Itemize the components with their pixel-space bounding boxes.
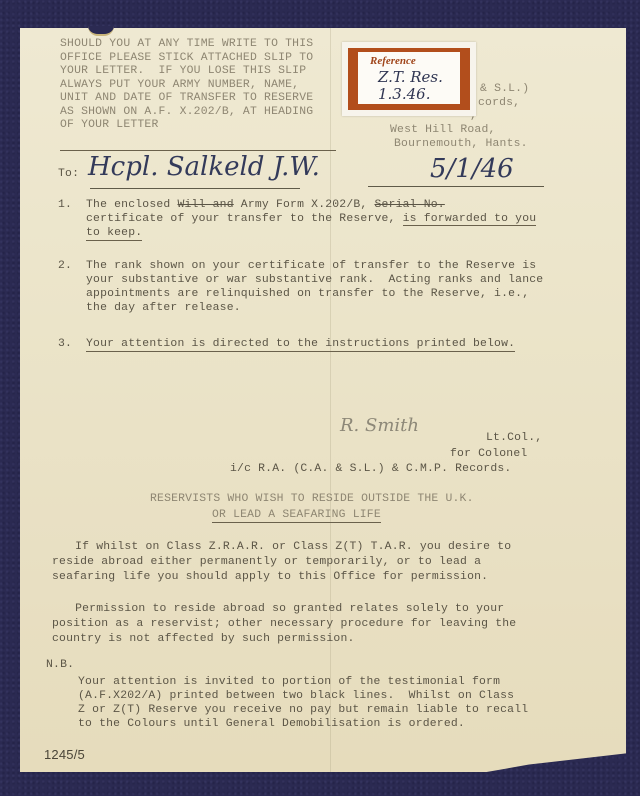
records-office: i/c R.A. (C.A. & S.L.) & C.M.P. Records.	[230, 463, 511, 476]
text: The enclosed	[86, 199, 177, 211]
paragraph-1-line-2: certificate of your transfer to the Rese…	[86, 213, 536, 226]
nb-label: N.B.	[46, 659, 74, 672]
recipient-underline	[90, 188, 300, 189]
signatory-rank: Lt.Col.,	[486, 432, 542, 445]
instruction-line: country is not affected by such permissi…	[52, 633, 355, 646]
reference-title: Reference	[370, 55, 416, 67]
reference-label-body: Reference Z.T. Res. 1.3.46.	[358, 52, 460, 104]
underlined-text: is forwarded to you	[403, 213, 537, 226]
document-paper	[20, 28, 626, 772]
slip-cut-line	[60, 150, 336, 151]
slip-line: SHOULD YOU AT ANY TIME WRITE TO THIS	[60, 38, 340, 52]
address-line: & S.L.)	[480, 83, 529, 96]
nb-line: Your attention is invited to portion of …	[78, 676, 500, 689]
instruction-line: reside abroad either permanently or temp…	[52, 556, 481, 569]
slip-line: OFFICE PLEASE STICK ATTACHED SLIP TO	[60, 52, 340, 66]
struck-text: Will and	[177, 199, 233, 211]
paragraph-2-line: The rank shown on your certificate of tr…	[86, 260, 536, 273]
paragraph-number: 2.	[58, 260, 72, 273]
instruction-line: If whilst on Class Z.R.A.R. or Class Z(T…	[54, 541, 511, 554]
text: certificate of your transfer to the Rese…	[86, 213, 403, 225]
instruction-line: seafaring life you should apply to this …	[52, 571, 488, 584]
reference-label-border: Reference Z.T. Res. 1.3.46.	[348, 48, 470, 110]
section-heading-line-1: RESERVISTS WHO WISH TO RESIDE OUTSIDE TH…	[150, 493, 474, 506]
paragraph-number: 1.	[58, 199, 72, 212]
text: Army Form X.202/B,	[234, 199, 375, 211]
address-line: West Hill Road,	[390, 124, 496, 137]
slip-line: AS SHOWN ON A.F. X.202/B, AT HEADING	[60, 106, 340, 120]
paragraph-2-line: appointments are relinquished on transfe…	[86, 288, 529, 301]
reference-date: 1.3.46.	[378, 85, 430, 103]
section-heading-line-2: OR LEAD A SEAFARING LIFE	[212, 509, 381, 523]
signature: R. Smith	[340, 415, 419, 436]
instruction-line: Permission to reside abroad so granted r…	[54, 603, 504, 616]
nb-line: (A.F.X202/A) printed between two black l…	[78, 690, 514, 703]
paragraph-3-text: Your attention is directed to the instru…	[86, 338, 515, 352]
reference-label: Reference Z.T. Res. 1.3.46.	[342, 42, 476, 116]
paper-fold-line	[330, 28, 331, 772]
letter-date: 5/1/46	[430, 154, 514, 184]
recipient-name: Hcpl. Salkeld J.W.	[88, 152, 320, 182]
instruction-line: position as a reservist; other necessary…	[52, 618, 516, 631]
slip-notice: SHOULD YOU AT ANY TIME WRITE TO THIS OFF…	[60, 38, 340, 133]
slip-line: ALWAYS PUT YOUR ARMY NUMBER, NAME,	[60, 79, 340, 93]
paragraph-1-line-1: The enclosed Will and Army Form X.202/B,…	[86, 199, 445, 212]
paragraph-number: 3.	[58, 338, 72, 351]
slip-line: OF YOUR LETTER	[60, 119, 340, 133]
nb-line: to the Colours until General Demobilisat…	[78, 718, 465, 731]
date-underline	[368, 186, 544, 187]
to-label: To:	[58, 168, 79, 181]
address-line: Bournemouth, Hants.	[394, 138, 528, 151]
paragraph-2-line: the day after release.	[86, 302, 241, 315]
address-line: cords,	[478, 97, 520, 110]
slip-line: UNIT AND DATE OF TRANSFER TO RESERVE	[60, 92, 340, 106]
reference-code: Z.T. Res.	[378, 68, 443, 86]
signatory-for: for Colonel	[450, 448, 527, 461]
form-number: 1245/5	[44, 748, 85, 761]
slip-line: YOUR LETTER. IF YOU LOSE THIS SLIP	[60, 65, 340, 79]
paragraph-1-line-3: to keep.	[86, 227, 142, 241]
struck-text: Serial No.	[374, 199, 444, 211]
paragraph-2-line: your substantive or war substantive rank…	[86, 274, 543, 287]
nb-line: Z or Z(T) Reserve you receive no pay but…	[78, 704, 528, 717]
